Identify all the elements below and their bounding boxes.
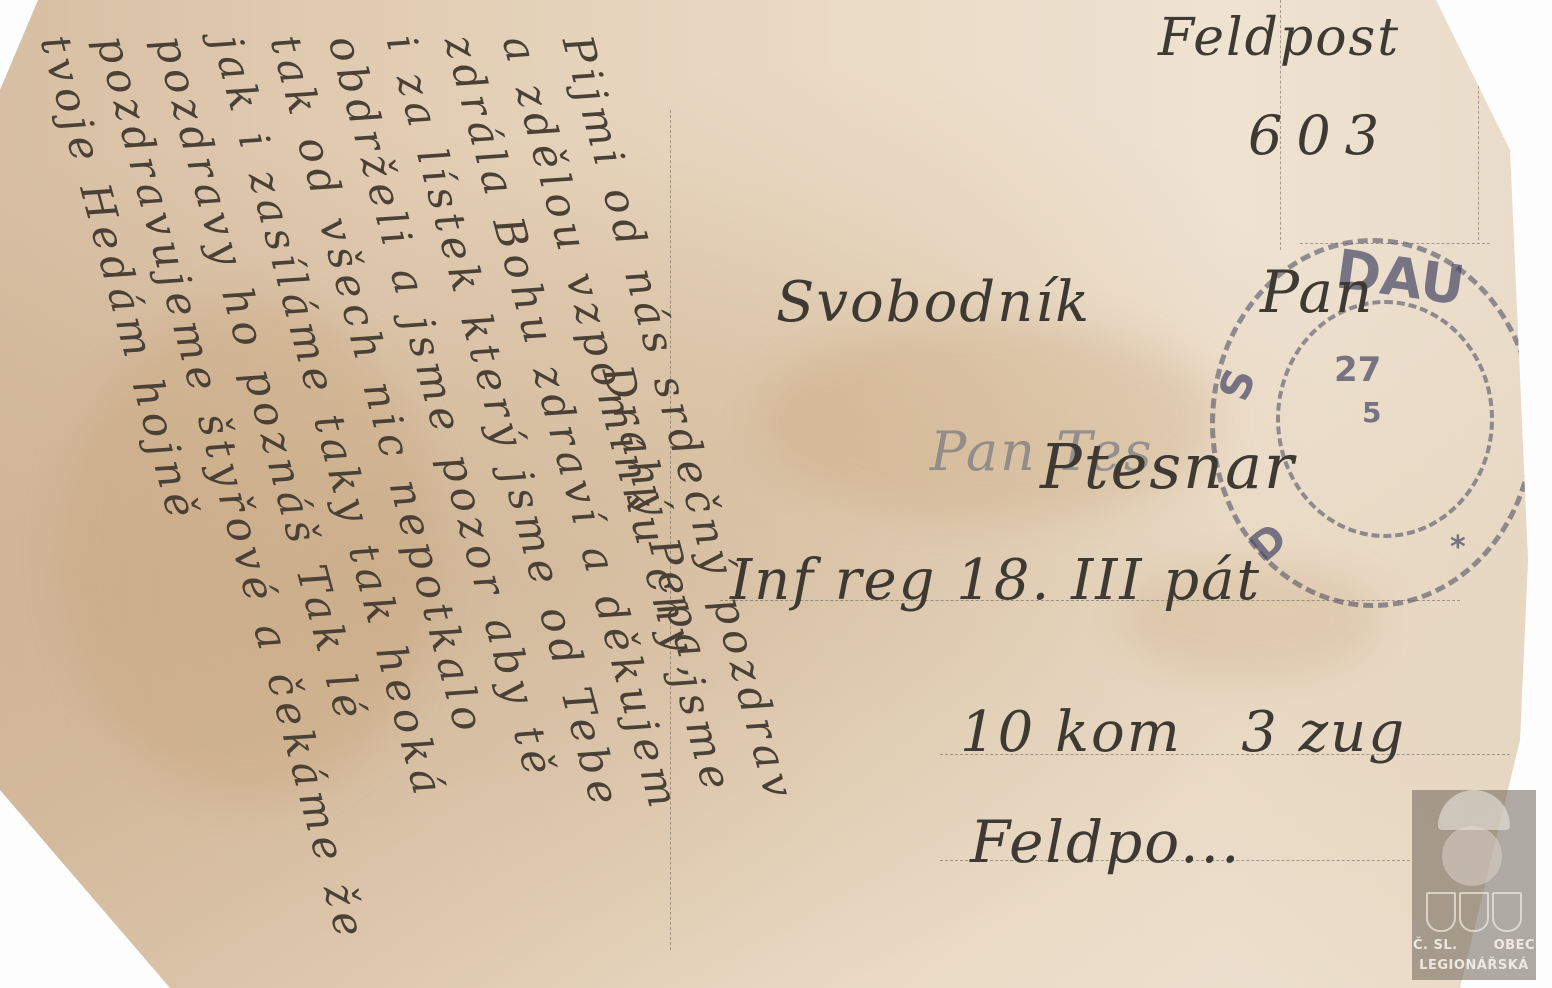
shield-icon xyxy=(1459,892,1489,932)
watermark-line2: LEGIONÁŘSKÁ xyxy=(1412,958,1536,973)
address-post: Feldpo... xyxy=(970,808,1241,876)
coat-of-arms-icons xyxy=(1426,892,1522,932)
address-company: 10 kom 3 zug xyxy=(960,700,1406,765)
feldpost-header: Feldpost xyxy=(1158,8,1400,68)
watermark-line1: Č. SL. OBEC xyxy=(1412,938,1536,953)
soldier-helmet-icon xyxy=(1438,790,1510,830)
message-block: Drahý Pepa, Pijmi od nás srdečný pozdrav… xyxy=(20,20,660,970)
soldier-face-icon xyxy=(1442,826,1502,886)
watermark-text-right: OBEC xyxy=(1494,938,1535,953)
legion-watermark-logo: Č. SL. OBEC LEGIONÁŘSKÁ xyxy=(1412,790,1536,980)
address-rank: Svobodník xyxy=(776,270,1091,335)
postmark-day: 27 xyxy=(1334,350,1381,390)
address-unit: Inf reg 18. III pát xyxy=(730,548,1261,613)
scan-canvas: Feldpost 603 DAU S 27 5 D * Svobodník Pa… xyxy=(0,0,1552,988)
watermark-text-left: Č. SL. xyxy=(1413,938,1458,953)
address-name: Ptesnar xyxy=(1040,430,1296,503)
postmark-inner-ring xyxy=(1276,300,1494,538)
postmark-star-icon: * xyxy=(1450,530,1466,565)
address-title: Pan xyxy=(1260,258,1374,326)
feldpost-number: 603 xyxy=(1248,104,1393,167)
postcard: Feldpost 603 DAU S 27 5 D * Svobodník Pa… xyxy=(0,0,1530,988)
shield-icon xyxy=(1426,892,1456,932)
shield-icon xyxy=(1492,892,1522,932)
stamp-box-line xyxy=(1478,0,1479,240)
postmark-month: 5 xyxy=(1362,396,1381,429)
